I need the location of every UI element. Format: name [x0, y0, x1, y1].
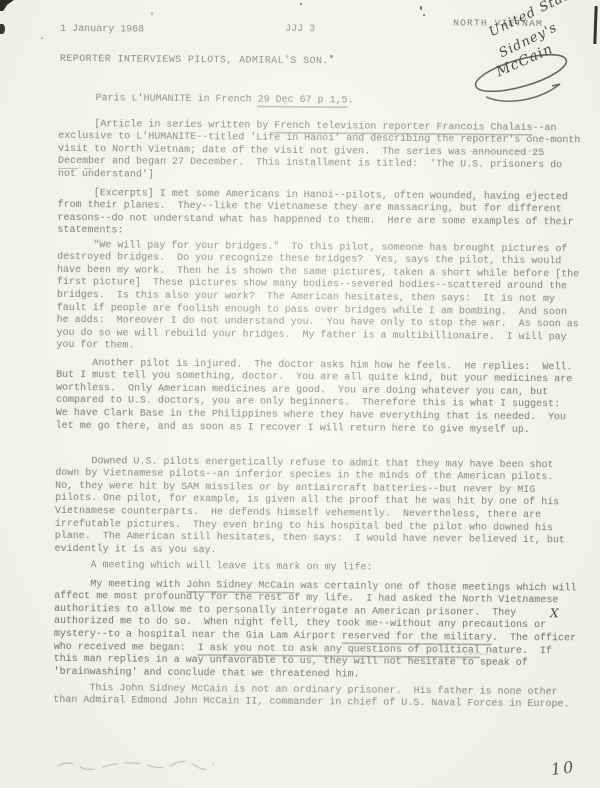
underlined-mccain-name: John Sidney McCain [186, 580, 294, 592]
text-segment: Downed U.S. pilots energetically refuse … [55, 456, 571, 556]
paragraph-mccain-father: This John Sidney McCain is not an ordina… [53, 670, 577, 725]
page-code: JJJ 3 [285, 24, 315, 37]
text-segment: Another pilot is injured. The doctor ask… [56, 358, 579, 436]
page-number-handwritten: 10 [550, 757, 576, 779]
source-date-underlined: 29 Dec 67 p 1,5 [258, 94, 348, 106]
source-text: . [348, 95, 354, 106]
margin-x-mark: X [550, 606, 559, 620]
pencil-dash-mark [58, 168, 78, 169]
text-segment: This John Sidney McCain is not an ordina… [53, 683, 569, 711]
underlined-political-questions: I ask you not to ask any questions of po… [198, 643, 480, 656]
text-segment: My meeting with [90, 579, 186, 591]
underlined-reporter-name: French television reporter Francois Chal… [274, 120, 532, 133]
paragraph-injured-pilot: Another pilot is injured. The doctor ask… [56, 345, 581, 450]
pencil-dotted-mark [464, 653, 488, 654]
typed-date: 1 January 1968 [60, 24, 144, 37]
headline: REPORTER INTERVIEWS PILOTS, ADMIRAL'S SO… [60, 54, 329, 69]
text-segment: [Article in series written by [94, 119, 274, 132]
text-segment: "We will pay for your bridges." To this … [56, 240, 585, 352]
scanned-document-page: 1 January 1968 JJJ 3 NORTH VIETNAM REPOR… [0, 0, 600, 788]
pencil-dash-mark [84, 168, 92, 169]
typed-text-layer: 1 January 1968 JJJ 3 NORTH VIETNAM REPOR… [0, 0, 600, 788]
source-text: Paris L'HUMANITE in French [96, 93, 258, 105]
underlined-reserved-military: reserved for the military [342, 631, 492, 643]
